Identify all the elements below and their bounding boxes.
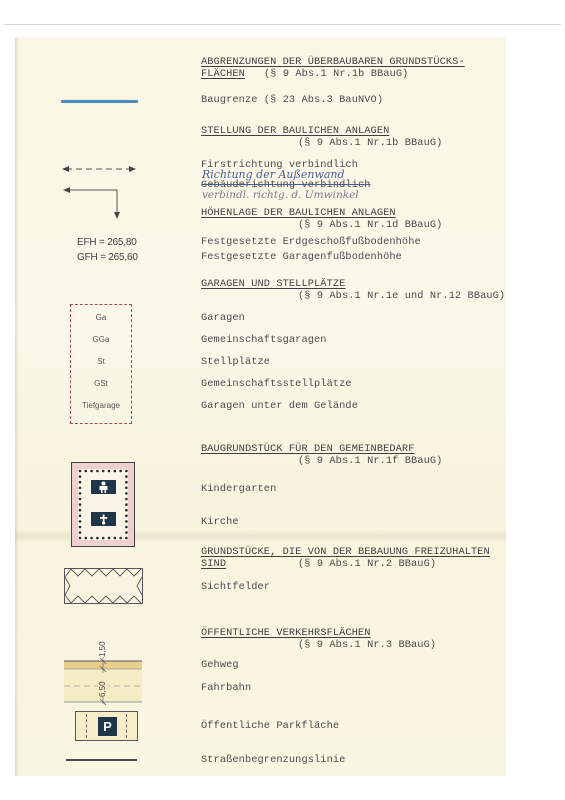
fahrbahn-width-label: 6,50 [98,681,107,697]
legend-label: Gemeinschaftsgaragen [201,334,327,346]
gfh-symbol: GFH = 265,60 [77,252,138,263]
parking-area-symbol: P [75,711,138,741]
legend-label: Sichtfelder [201,581,270,593]
symbol-gga: GGa [70,335,132,344]
section-reference: (§ 9 Abs.1 Nr.2 BBauG) [298,558,436,570]
street-boundary-line-symbol [66,759,137,761]
section-heading-cont: SIND [201,558,226,570]
parking-p-icon: P [98,717,117,736]
legend-label: Garagen [201,312,245,324]
legend-label: Baugrenze (§ 23 Abs.3 BauNVO) [201,94,383,106]
legend-label: Straßenbegrenzungslinie [201,754,345,766]
symbol-ga: Ga [70,313,132,322]
symbol-tiefgarage: Tiefgarage [70,401,132,410]
section-heading: STELLUNG DER BAULICHEN ANLAGEN [201,125,389,137]
section-reference: (§ 9 Abs.1 Nr.1d BBauG) [298,219,442,231]
section-reference: (§ 9 Abs.1 Nr.1e und Nr.12 BBauG) [298,290,505,302]
sichtfeld-zigzag-symbol [64,568,144,606]
legend-label: Öffentliche Parkfläche [201,720,339,732]
page-edge [15,37,19,776]
section-reference: (§ 9 Abs.1 Nr.3 BBauG) [298,639,436,651]
baugrenze-line-symbol [61,100,138,103]
gemeinbedarf-symbol [71,462,136,548]
legend-label: Festgesetzte Erdgeschoßfußbodenhöhe [201,236,421,248]
firstrichtung-arrow-icon [60,162,140,222]
section-heading: BAUGRUNDSTÜCK FÜR DEN GEMEINBEDARF [201,443,415,455]
section-reference: (§ 9 Abs.1 Nr.1b BBauG) [264,68,408,80]
efh-symbol: EFH = 265,80 [77,237,137,248]
legend-label: Gemeinschaftsstellplätze [201,378,352,390]
legend-label: Festgesetzte Garagenfußbodenhöhe [201,251,402,263]
legend-label: Gehweg [201,659,239,671]
legend-label: Fahrbahn [201,682,251,694]
section-heading-cont: FLÄCHEN [201,68,245,80]
symbol-st: St [70,357,132,366]
section-reference: (§ 9 Abs.1 Nr.1f BBauG) [298,455,442,467]
legend-label: Kindergarten [201,483,276,495]
handwritten-note: verbindl. richtg. d. Umwinkel [202,189,359,201]
legend-label: Garagen unter dem Gelände [201,400,358,412]
section-heading: GRUNDSTÜCKE, DIE VON DER BEBAUUNG FREIZU… [201,546,490,558]
section-heading: ÖFFENTLICHE VERKEHRSFLÄCHEN [201,627,371,639]
symbol-gst: GSt [70,379,132,388]
section-reference: (§ 9 Abs.1 Nr.1b BBauG) [298,137,442,149]
legend-label: Kirche [201,516,239,528]
legend-label: Stellplätze [201,356,270,368]
top-rule [4,24,561,25]
section-heading: ABGRENZUNGEN DER ÜBERBAUBAREN GRUNDSTÜCK… [201,56,465,68]
section-heading: GARAGEN UND STELLPLÄTZE [201,278,345,290]
section-heading: HÖHENLAGE DER BAULICHEN ANLAGEN [201,207,396,219]
gehweg-width-label: 1,50 [98,641,107,657]
